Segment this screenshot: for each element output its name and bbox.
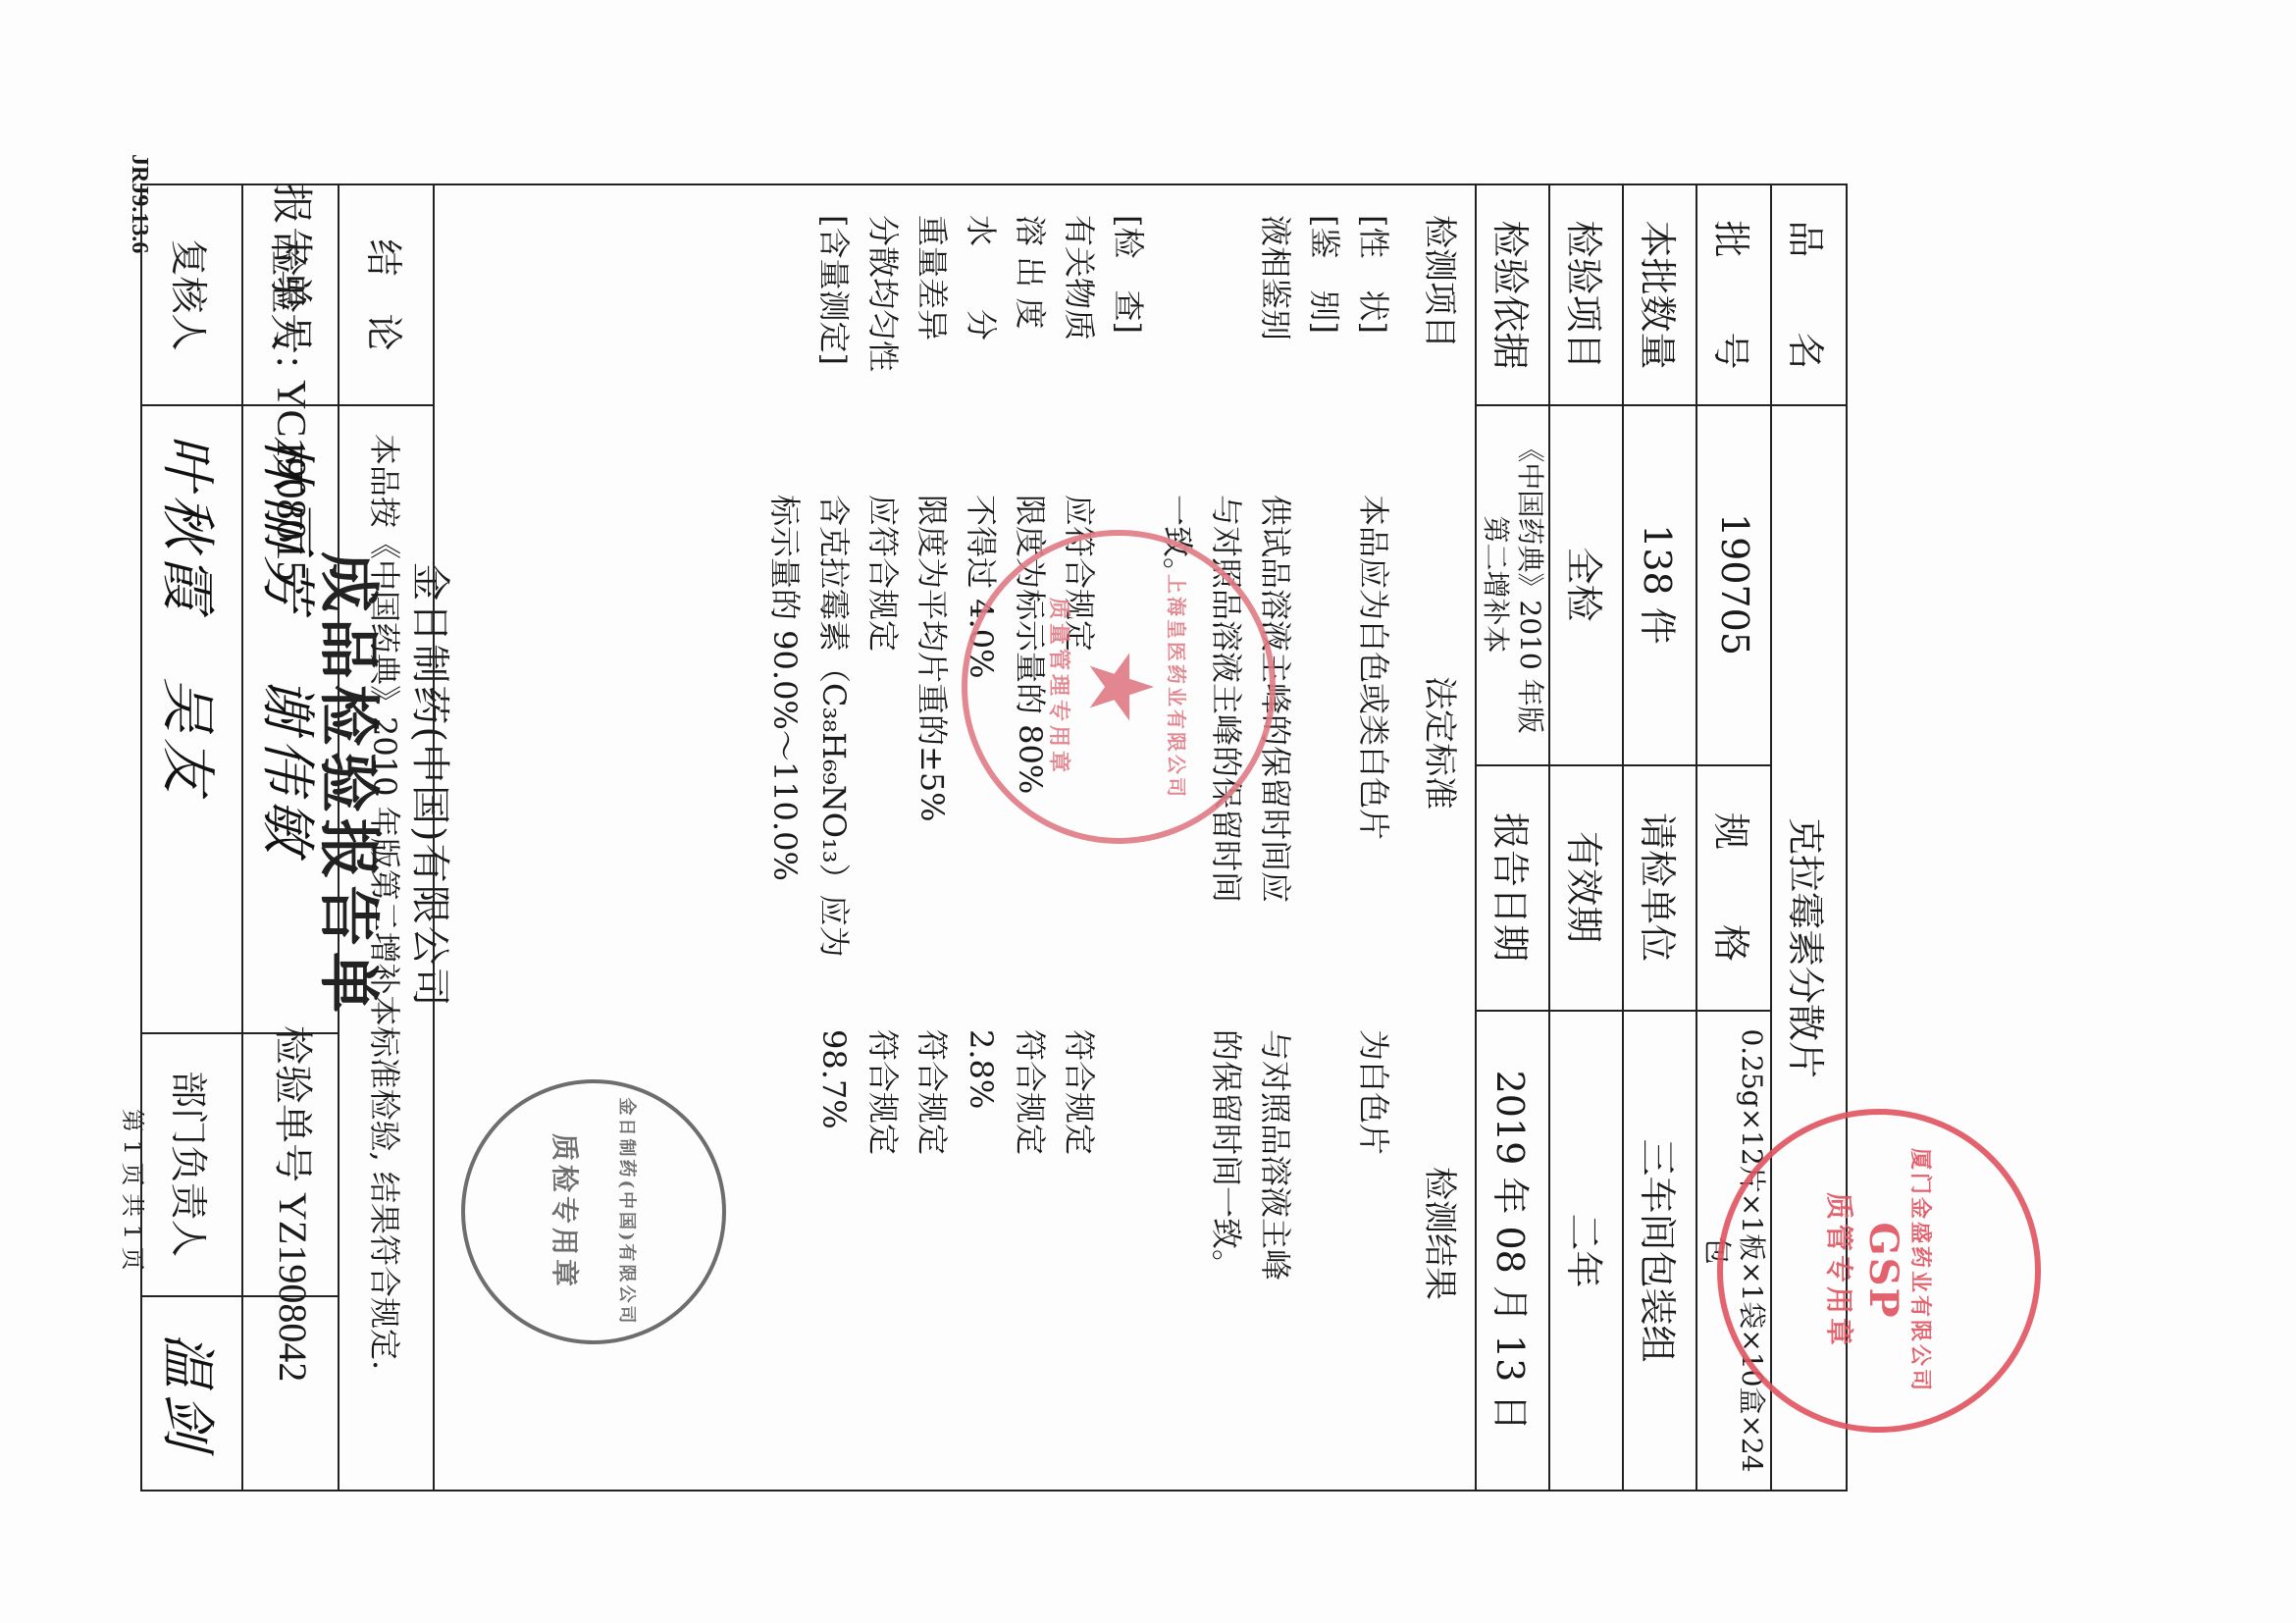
test-standard-row <box>1300 495 1349 1044</box>
spec-label: 规 格 <box>1697 764 1772 1010</box>
test-standard-row: 本品应为白色或类白色片 <box>1349 495 1398 1044</box>
basis-label: 检验依据 <box>1477 185 1550 404</box>
test-result-row <box>1104 1029 1153 1471</box>
quantity-label: 本批数量 <box>1624 185 1697 404</box>
gsp-stamp: 厦门金盛药业有限公司 GSP 质管专用章 <box>1717 1109 2041 1433</box>
customer-stamp-label: 质量管理专用章 <box>1045 598 1075 776</box>
reviewer-signature: 叶秋霞 吴友 <box>140 404 243 1032</box>
customer-stamp: 上海皇医药业有限公司 ★ 质量管理专用章 <box>962 530 1276 844</box>
standard-header: 法定标准 <box>1419 676 1467 810</box>
test-item-row: [鉴 别] <box>1300 215 1349 509</box>
test-result-row <box>1300 1029 1349 1471</box>
conclusion-label: 结 论 <box>339 185 435 404</box>
test-results-column: 为白色片 与对照品溶液主峰的保留时间一致。 符合规定符合规定2.8%符合规定符合… <box>760 1029 1398 1471</box>
test-item-row: 液相鉴别 <box>1251 215 1300 509</box>
test-standard-row: 应符合规定 <box>859 495 908 1044</box>
report-page: JRJ9.13.6 第 1 页 共 1 页 金日制药(中国)有限公司 成品检验报… <box>0 0 2296 1623</box>
basis-value: 《中国药典》2010 年版第二增补本 <box>1477 404 1550 764</box>
reviewer-label: 复核人 <box>140 185 243 404</box>
validity-value: 二年 <box>1550 1010 1624 1492</box>
test-standard-row: 含克拉霉素（C₃₈H₆₉NO₁₃）应为 <box>809 495 859 1044</box>
report-table: 品 名 克拉霉素分散片 批 号 190705 规 格 0.25g×12片×1板×… <box>140 183 1848 1492</box>
test-result-row: 与对照品溶液主峰 <box>1251 1029 1300 1471</box>
test-result-row <box>760 1029 809 1471</box>
conclusion-text: 本品按《中国药典》2010 年版第二增补本标准检验, 结果符合规定. <box>339 404 435 1492</box>
test-item-row <box>1153 215 1202 509</box>
test-standard-row: 限度为平均片重的±5% <box>908 495 957 1044</box>
scope-value: 全检 <box>1550 404 1624 764</box>
test-item-row: [含量测定] <box>809 215 859 509</box>
gsp-stamp-company: 厦门金盛药业有限公司 <box>1906 1148 1937 1393</box>
test-item-row <box>1202 215 1251 509</box>
test-result-row: 符合规定 <box>1006 1029 1055 1471</box>
report-date-value: 2019 年 08 月 13 日 <box>1477 1010 1550 1492</box>
gsp-stamp-mark: GSP <box>1860 1222 1906 1319</box>
dept-head-label: 部门负责人 <box>140 1032 243 1295</box>
test-result-row: 98.7% <box>809 1029 859 1471</box>
requester-label: 请检单位 <box>1624 764 1697 1010</box>
gsp-stamp-label: 质管专用章 <box>1821 1192 1860 1349</box>
test-standard-row: 标示量的 90.0%～110.0% <box>760 495 809 1044</box>
inspector-signature: 林丽芳 谢伟敏 <box>243 404 339 1032</box>
test-item-row: [检 查] <box>1104 215 1153 509</box>
test-result-row: 符合规定 <box>859 1029 908 1471</box>
inspector-blank <box>243 1032 339 1295</box>
batch-value: 190705 <box>1697 404 1772 764</box>
test-results-section: 检测项目 法定标准 检测结果 [性 状][鉴 别]液相鉴别 [检 查]有关物质溶… <box>435 185 1477 1490</box>
test-item-row: 分散均匀性 <box>859 215 908 509</box>
test-item-row: 重量差异 <box>908 215 957 509</box>
quantity-value: 138 件 <box>1624 404 1697 764</box>
requester-value: 三车间包装组 <box>1624 1010 1697 1492</box>
dept-head-signature: 温剑 <box>140 1295 243 1492</box>
test-result-row: 符合规定 <box>1055 1029 1104 1471</box>
test-result-row: 2.8% <box>957 1029 1006 1471</box>
test-result-row: 的保留时间一致。 <box>1202 1029 1251 1471</box>
star-icon: ★ <box>1075 648 1164 727</box>
test-item-row: [性 状] <box>1349 215 1398 509</box>
batch-label: 批 号 <box>1697 185 1772 404</box>
test-standard-row: 供试品溶液主峰的保留时间应 <box>1251 495 1300 1044</box>
test-item-row: 溶 出 度 <box>1006 215 1055 509</box>
scope-label: 检验项目 <box>1550 185 1624 404</box>
report-date-label: 报告日期 <box>1477 764 1550 1010</box>
validity-label: 有效期 <box>1550 764 1624 1010</box>
product-name-label: 品 名 <box>1772 185 1846 404</box>
test-item-row: 有关物质 <box>1055 215 1104 509</box>
test-result-row: 符合规定 <box>908 1029 957 1471</box>
result-header: 检测结果 <box>1419 1167 1467 1300</box>
item-header: 检测项目 <box>1419 215 1467 348</box>
test-items-column: [性 状][鉴 别]液相鉴别 [检 查]有关物质溶 出 度水 分重量差异分散均匀… <box>760 215 1398 509</box>
test-item-row: 水 分 <box>957 215 1006 509</box>
inspector-label: 检验人 <box>243 185 339 404</box>
test-item-row <box>760 215 809 509</box>
test-result-row: 为白色片 <box>1349 1029 1398 1471</box>
test-result-row <box>1153 1029 1202 1471</box>
